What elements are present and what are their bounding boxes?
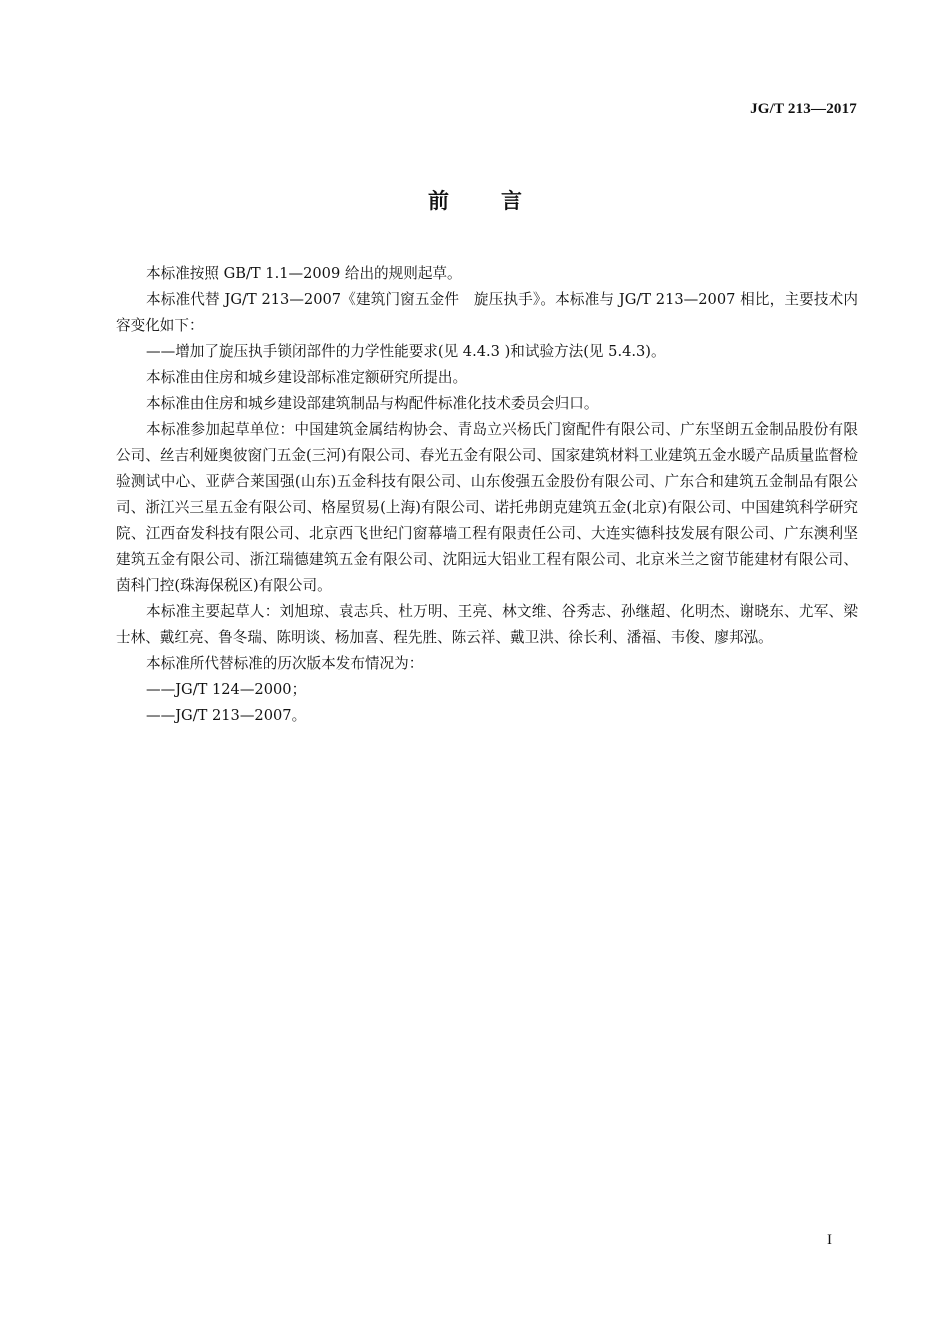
paragraph-replaces: 本标准代替 JG/T 213—2007《建筑门窗五金件 旋压执手》。本标准与 J… bbox=[116, 287, 858, 339]
paragraph-under-jurisdiction: 本标准由住房和城乡建设部建筑制品与构配件标准化技术委员会归口。 bbox=[116, 391, 858, 417]
title-char-2: 言 bbox=[501, 185, 522, 215]
paragraph-drafting-rules: 本标准按照 GB/T 1.1—2009 给出的规则起草。 bbox=[116, 261, 858, 287]
list-item-history: ——JG/T 124—2000； bbox=[116, 677, 858, 703]
paragraph-proposed-by: 本标准由住房和城乡建设部标准定额研究所提出。 bbox=[116, 365, 858, 391]
list-item-history: ——JG/T 213—2007。 bbox=[116, 703, 858, 729]
title-char-1: 前 bbox=[428, 185, 449, 215]
standard-code: JG/T 213—2017 bbox=[750, 101, 857, 118]
paragraph-drafters: 本标准主要起草人：刘旭琼、袁志兵、杜万明、王亮、林文维、谷秀志、孙继超、化明杰、… bbox=[116, 599, 858, 651]
list-item-change: ——增加了旋压执手锁闭部件的力学性能要求(见 4.4.3 )和试验方法(见 5.… bbox=[116, 339, 858, 365]
paragraph-drafting-units: 本标准参加起草单位：中国建筑金属结构协会、青岛立兴杨氏门窗配件有限公司、广东坚朗… bbox=[116, 417, 858, 599]
paragraph-history-intro: 本标准所代替标准的历次版本发布情况为： bbox=[116, 651, 858, 677]
page-title: 前言 bbox=[0, 185, 950, 215]
foreword-body: 本标准按照 GB/T 1.1—2009 给出的规则起草。 本标准代替 JG/T … bbox=[116, 261, 858, 729]
page-number: I bbox=[827, 1232, 832, 1249]
